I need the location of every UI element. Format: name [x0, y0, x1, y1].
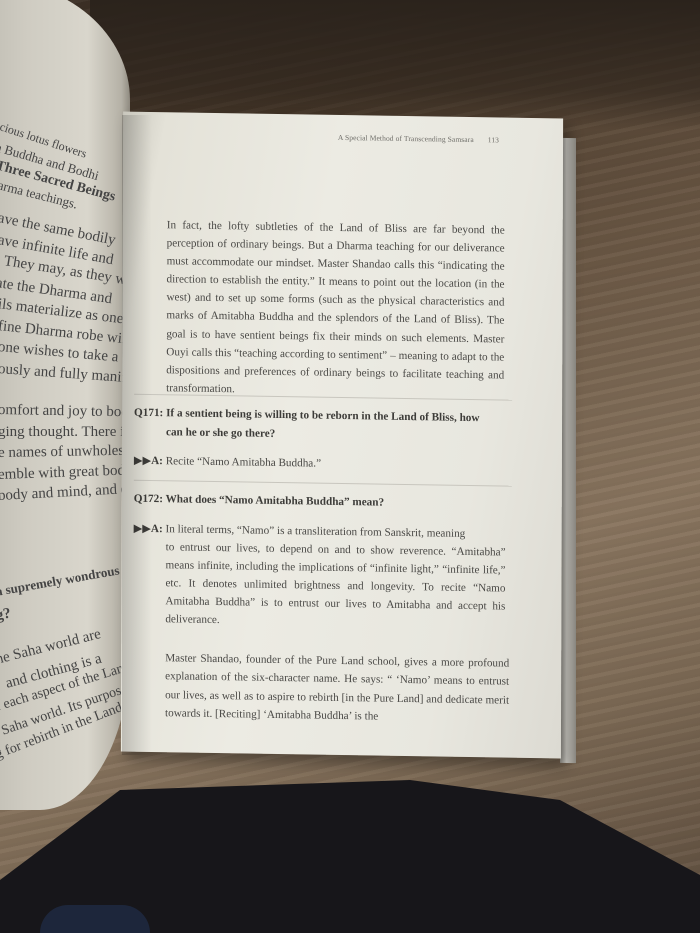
question-171: Q171: If a sentient being is willing to … [134, 404, 506, 447]
closing-text: Master Shandao, founder of the Pure Land… [165, 649, 509, 728]
answer-171: ▶▶A: Recite “Namo Amitabha Buddha.” [134, 452, 506, 476]
closing-paragraph: Master Shandao, founder of the Pure Land… [165, 638, 509, 739]
question-text: What does “Namo Amitabha Buddha” mean? [166, 493, 385, 508]
intro-paragraph: In fact, the lofty subtleties of the Lan… [166, 216, 505, 402]
question-label: Q172: [134, 493, 163, 505]
left-page: cious lotus flowers a Buddha and Bodhi T… [0, 0, 130, 810]
question-text-cont: can he or she go there? [134, 422, 506, 446]
left-line: e names of unwholesome [0, 442, 130, 461]
divider [134, 480, 512, 487]
answer-marker: ▶▶A: [134, 455, 163, 467]
answer-text-rest: to entrust our lives, to depend on and t… [133, 538, 505, 634]
blue-object [40, 905, 150, 933]
answer-172: ▶▶A: In literal terms, “Namo” is a trans… [133, 520, 505, 634]
running-head-title: A Special Method of Transcending Samsara [338, 133, 474, 144]
left-line: a supremely wondrous [0, 563, 121, 599]
intro-text: In fact, the lofty subtleties of the Lan… [166, 216, 505, 402]
left-line: g? [0, 606, 12, 625]
running-head: A Special Method of Transcending Samsara… [338, 133, 499, 145]
question-172: Q172: What does “Namo Amitabha Buddha” m… [134, 490, 506, 514]
right-page: A Special Method of Transcending Samsara… [121, 112, 563, 759]
table-shadow-top [90, 0, 700, 130]
page-number: 113 [488, 135, 499, 144]
left-line: emble with great bodhisattvas [0, 461, 130, 484]
left-line: omfort and joy to body [0, 402, 130, 421]
answer-text: Recite “Namo Amitabha Buddha.” [166, 455, 321, 469]
question-label: Q171: [134, 407, 163, 419]
answer-text-first: In literal terms, “Namo” is a transliter… [165, 523, 465, 540]
left-line: ging thought. There is [0, 424, 130, 441]
answer-marker: ▶▶A: [134, 523, 163, 535]
question-text: If a sentient being is willing to be reb… [166, 407, 479, 424]
left-line: body and mind, and en [0, 481, 130, 505]
